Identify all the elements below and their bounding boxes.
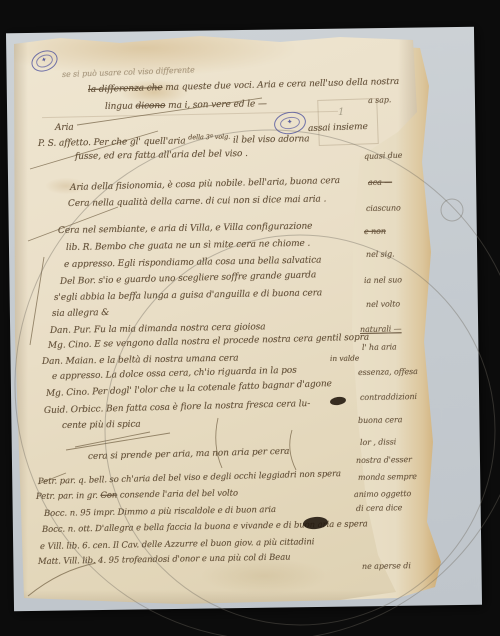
stamp-emblem-icon: ✦ — [279, 115, 301, 131]
stamp-emblem-icon: ✦ — [34, 52, 54, 69]
crease-rectangle — [317, 98, 379, 146]
photographed-manuscript: se si può usare col viso differentela di… — [0, 0, 500, 636]
pencil-page-number: 1 — [338, 107, 344, 118]
